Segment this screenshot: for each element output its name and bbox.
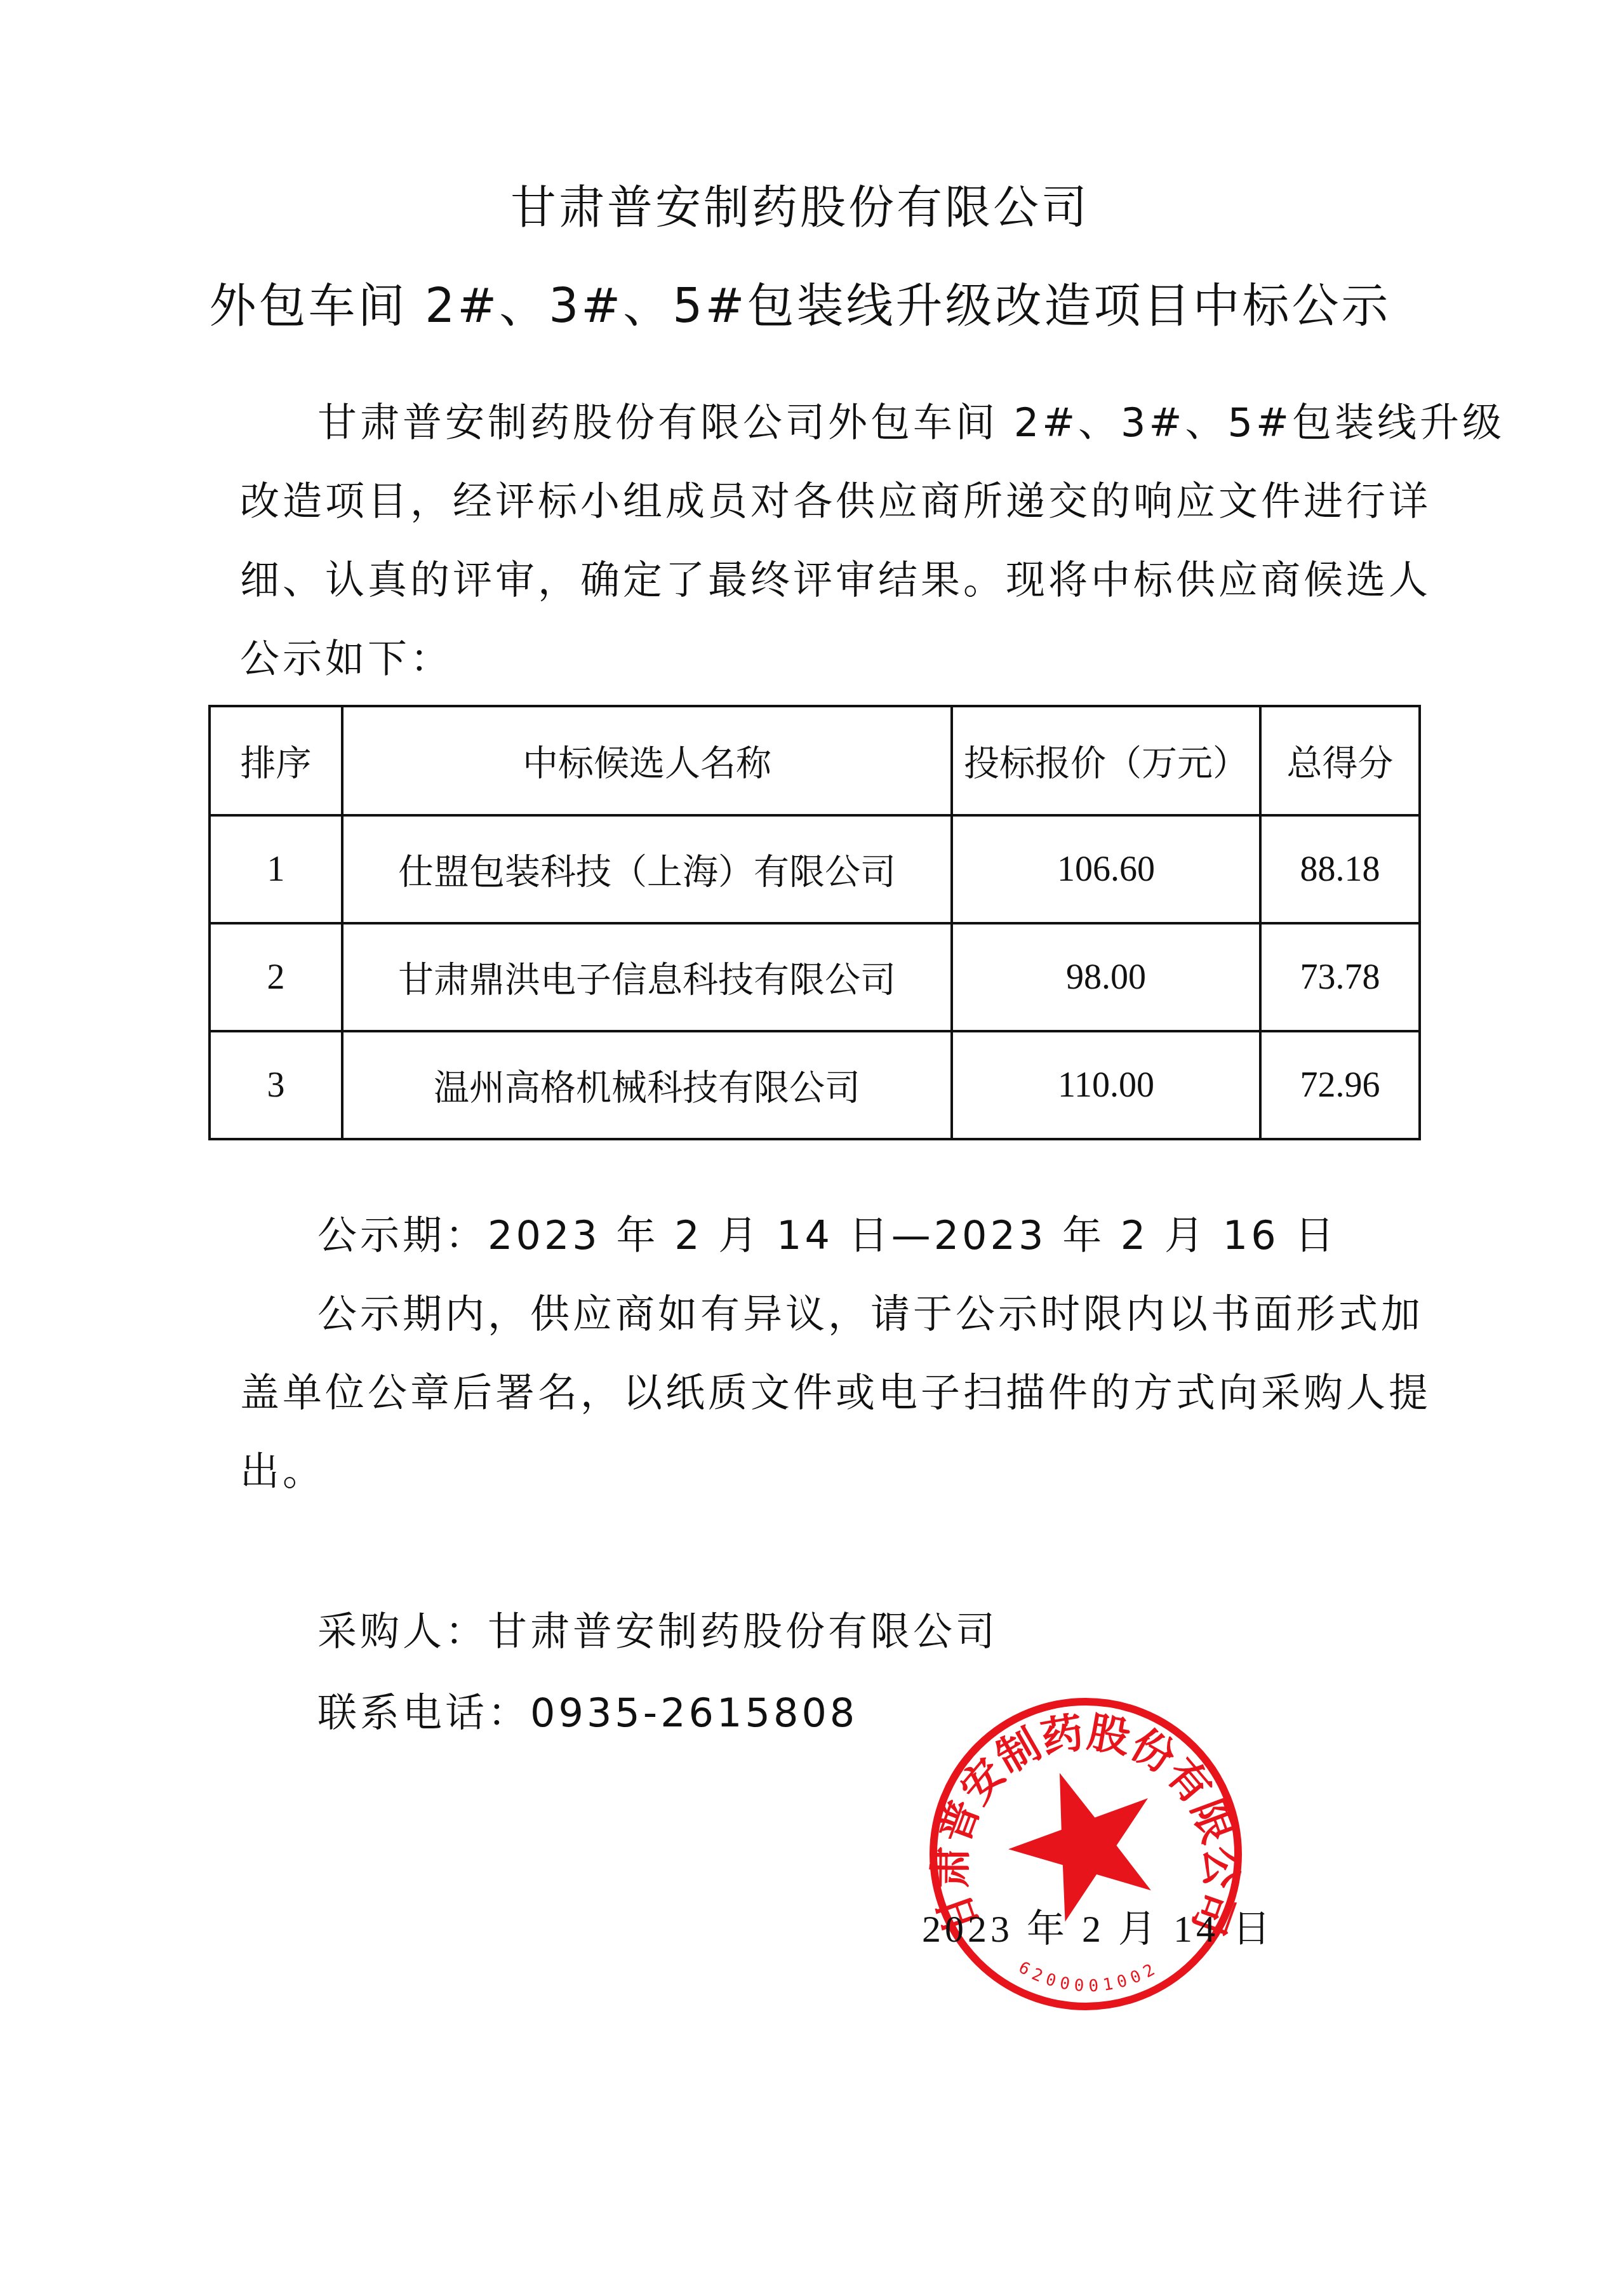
- header-candidate-name: 中标候选人名称: [342, 706, 952, 815]
- rank-cell: 3: [210, 1031, 342, 1139]
- candidate-name-cell: 温州高格机械科技有限公司: [342, 1031, 952, 1139]
- table-row: 3 温州高格机械科技有限公司 110.00 72.96: [210, 1031, 1420, 1139]
- objection-line-2: 盖单位公章后署名，以纸质文件或电子扫描件的方式向采购人提: [240, 1361, 1431, 1418]
- bid-price-cell: 98.00: [952, 923, 1260, 1031]
- header-total-score: 总得分: [1260, 706, 1420, 815]
- score-cell: 72.96: [1260, 1031, 1420, 1139]
- notice-title: 外包车间 2#、3#、5#包装线升级改造项目中标公示: [0, 269, 1600, 336]
- svg-text:6200001002: 6200001002: [1015, 1958, 1163, 1996]
- table-row: 2 甘肃鼎洪电子信息科技有限公司 98.00 73.78: [210, 923, 1420, 1031]
- publicity-period: 公示期：2023 年 2 月 14 日—2023 年 2 月 16 日: [317, 1204, 1337, 1260]
- candidate-name-cell: 甘肃鼎洪电子信息科技有限公司: [342, 923, 952, 1031]
- table-row: 1 仕盟包装科技（上海）有限公司 106.60 88.18: [210, 815, 1420, 923]
- rank-cell: 2: [210, 923, 342, 1031]
- score-cell: 73.78: [1260, 923, 1420, 1031]
- bid-results-table: 排序 中标候选人名称 投标报价（万元） 总得分 1 仕盟包装科技（上海）有限公司…: [208, 705, 1421, 1140]
- candidate-name-cell: 仕盟包装科技（上海）有限公司: [342, 815, 952, 923]
- objection-line-3: 出。: [240, 1440, 325, 1497]
- purchaser: 采购人：甘肃普安制药股份有限公司: [317, 1600, 998, 1657]
- company-title: 甘肃普安制药股份有限公司: [0, 170, 1600, 236]
- company-seal-stamp: 甘肃普安制药股份有限公司 6200001002: [924, 1692, 1248, 2016]
- table-header-row: 排序 中标候选人名称 投标报价（万元） 总得分: [210, 706, 1420, 815]
- contact-phone: 联系电话：0935-2615808: [317, 1681, 858, 1738]
- intro-line-1: 甘肃普安制药股份有限公司外包车间 2#、3#、5#包装线升级: [317, 391, 1505, 448]
- header-bid-price: 投标报价（万元）: [952, 706, 1260, 815]
- objection-line-1: 公示期内，供应商如有异议，请于公示时限内以书面形式加: [317, 1283, 1423, 1339]
- score-cell: 88.18: [1260, 815, 1420, 923]
- bid-price-cell: 106.60: [952, 815, 1260, 923]
- rank-cell: 1: [210, 815, 342, 923]
- intro-line-4: 公示如下：: [240, 627, 453, 684]
- bid-price-cell: 110.00: [952, 1031, 1260, 1139]
- signature-date: 2023 年 2 月 14 日: [922, 1899, 1274, 1953]
- intro-line-2: 改造项目，经评标小组成员对各供应商所递交的响应文件进行详: [240, 470, 1431, 526]
- intro-line-3: 细、认真的评审，确定了最终评审结果。现将中标供应商候选人: [240, 549, 1431, 605]
- header-rank: 排序: [210, 706, 342, 815]
